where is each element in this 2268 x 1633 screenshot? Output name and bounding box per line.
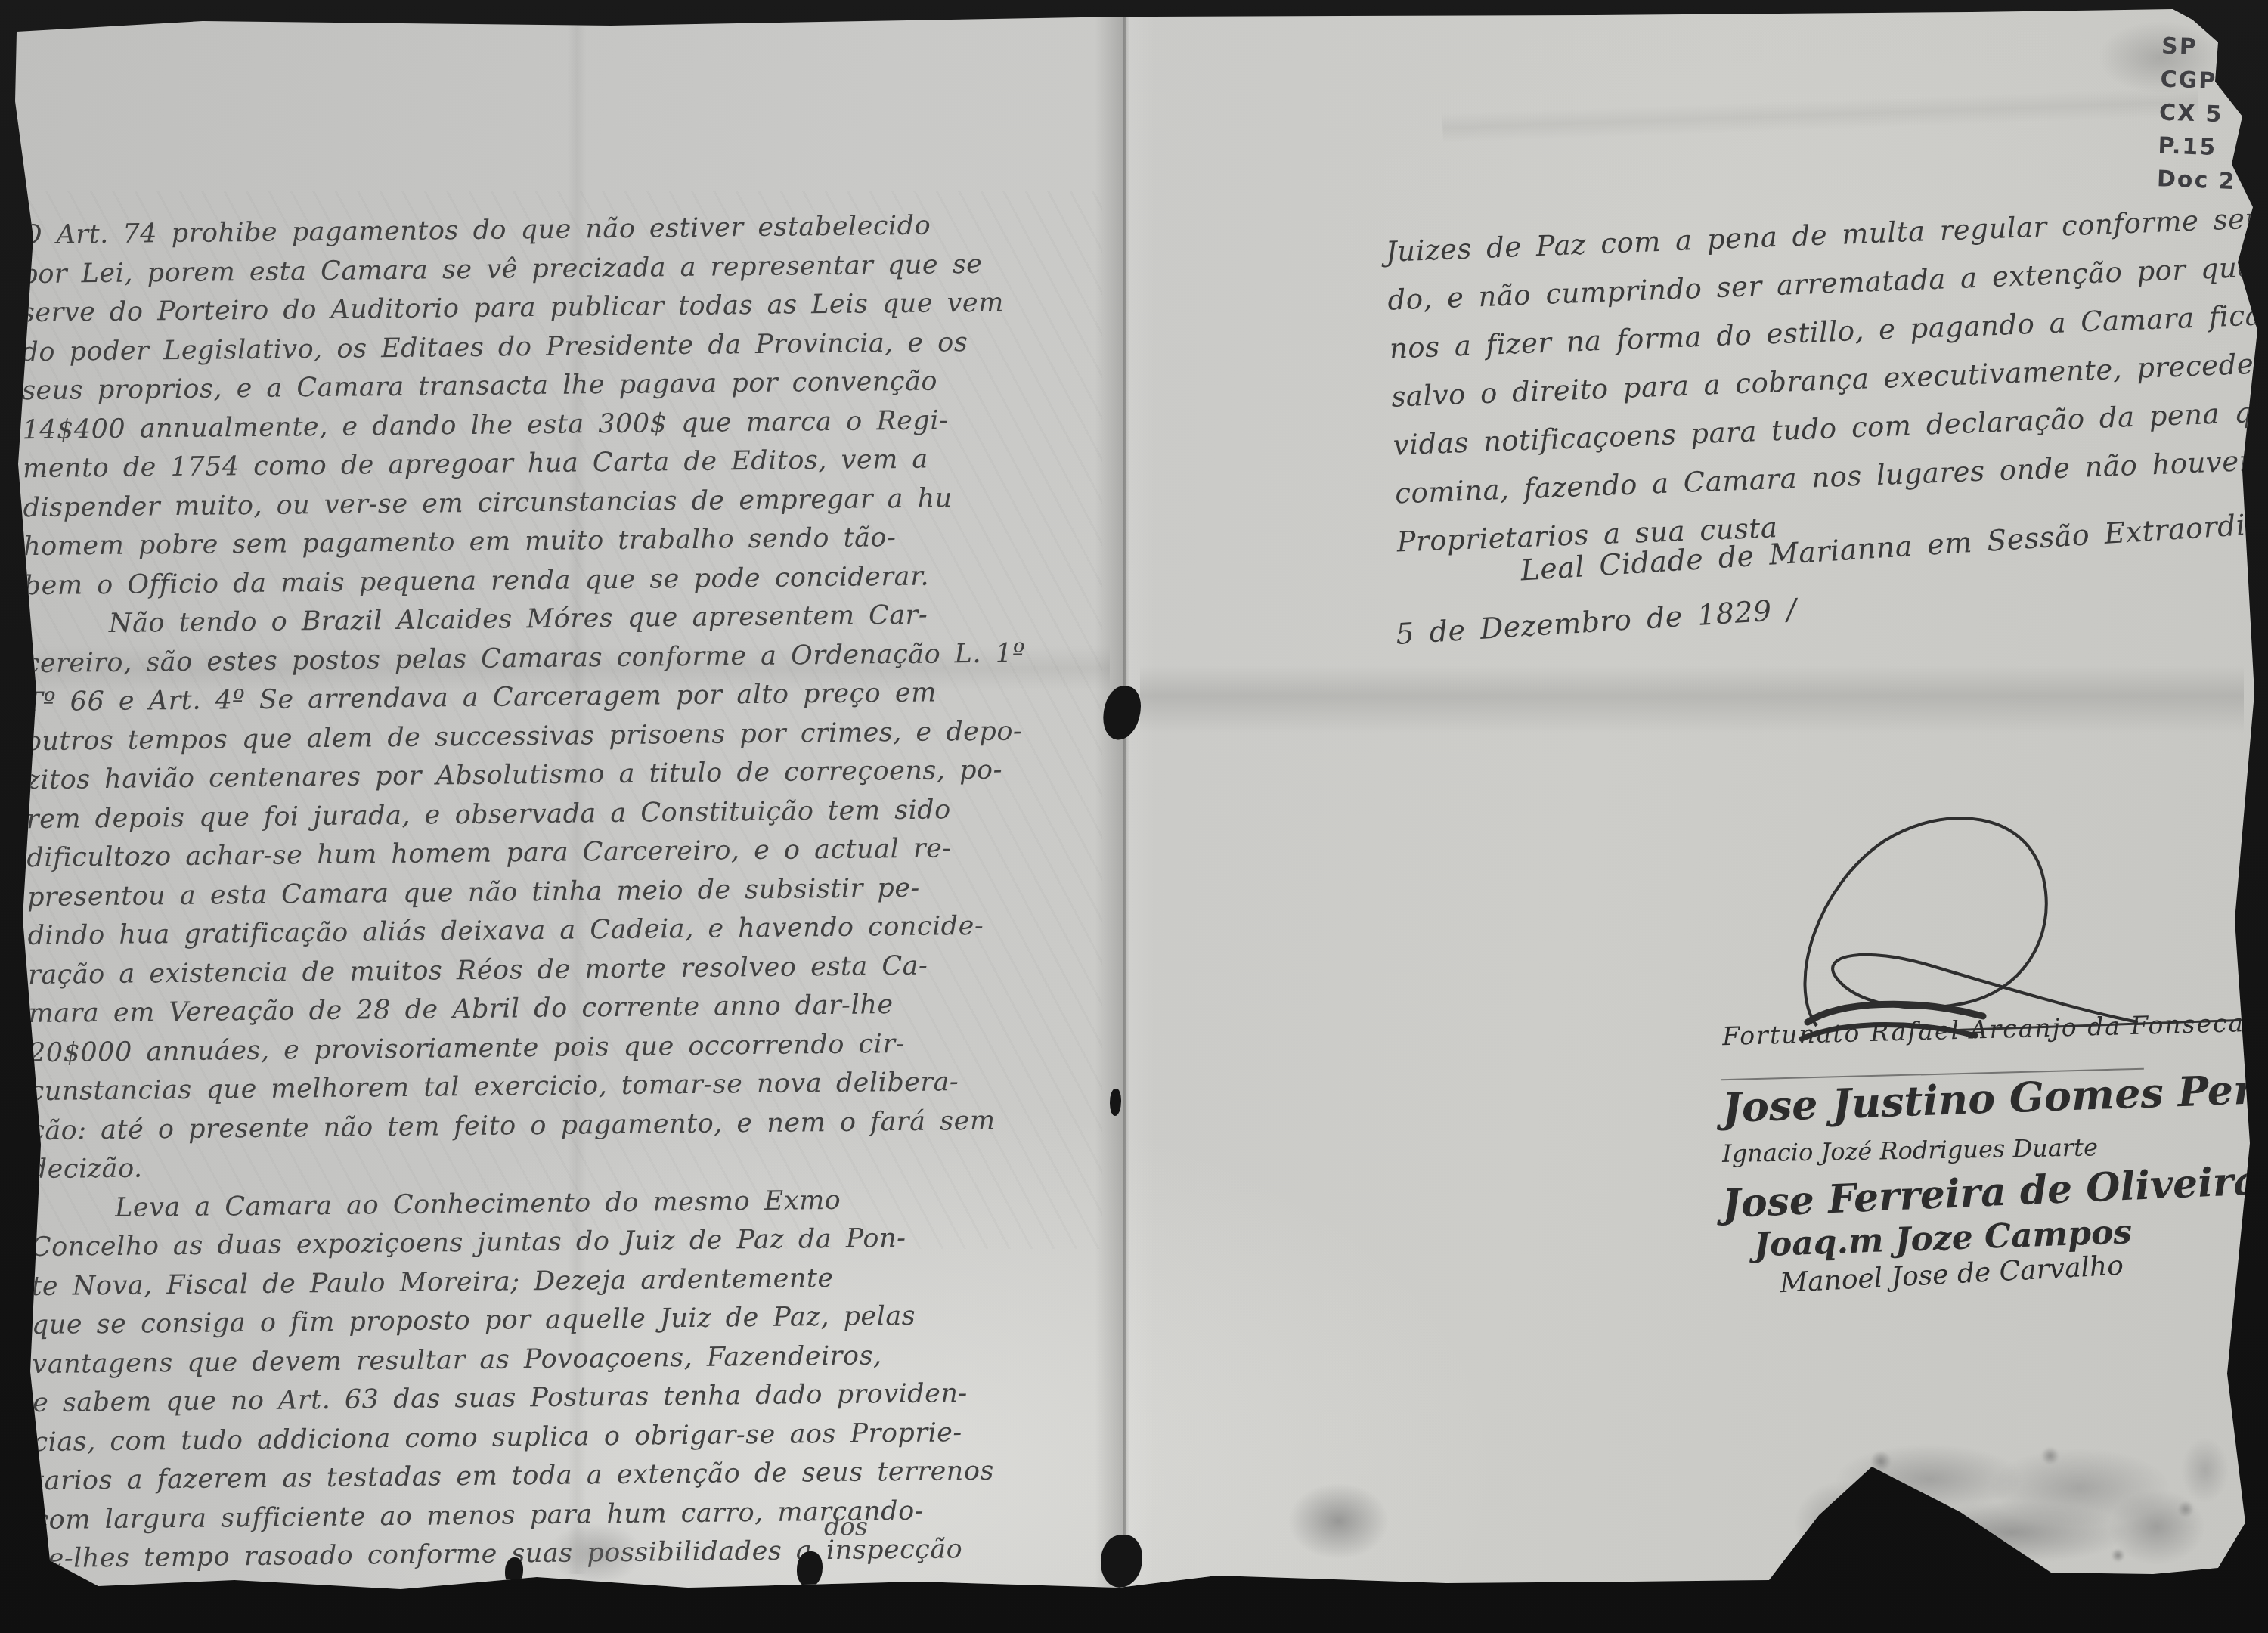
signature: Fortunato Rafael Arcanjo da Fonseca [1722, 1008, 2252, 1051]
archival-line: Doc 2 [2156, 163, 2268, 200]
signature: Jose Justino Gomes Pereira [1721, 1065, 2252, 1132]
archival-line: SP [2161, 29, 2268, 67]
archival-superscript: 2 [2261, 103, 2268, 125]
signature-flourish [1794, 795, 2149, 1045]
archival-line: CX 5 [2158, 96, 2268, 133]
left-page-text: O Art. 74 prohibe pagamentos do que não … [20, 207, 919, 1579]
left-page: O Art. 74 prohibe pagamentos do que não … [21, 9, 1140, 1594]
catchword: dos [824, 1512, 868, 1542]
archival-lines: SPCGP1CX 5P.15Doc 2 [2156, 29, 2268, 200]
archival-reference: SPCGP1CX 5P.15Doc 2 2 [2156, 29, 2268, 200]
paper-hole [505, 1557, 523, 1586]
archival-line: CGP1 [2160, 63, 2268, 100]
scanned-document: O Art. 74 prohibe pagamentos do que não … [0, 0, 2268, 1633]
manuscript-spread: O Art. 74 prohibe pagamentos do que não … [6, 9, 2259, 1594]
archival-line: P.15 [2158, 129, 2268, 166]
right-page: Juizes de Paz com a pena de multa regula… [1231, 9, 2259, 1594]
signature-block: Fortunato Rafael Arcanjo da FonsecaJose … [1722, 1015, 2251, 1287]
manuscript-line: se-lhes tempo rasoado conforme suas poss… [34, 1531, 919, 1579]
